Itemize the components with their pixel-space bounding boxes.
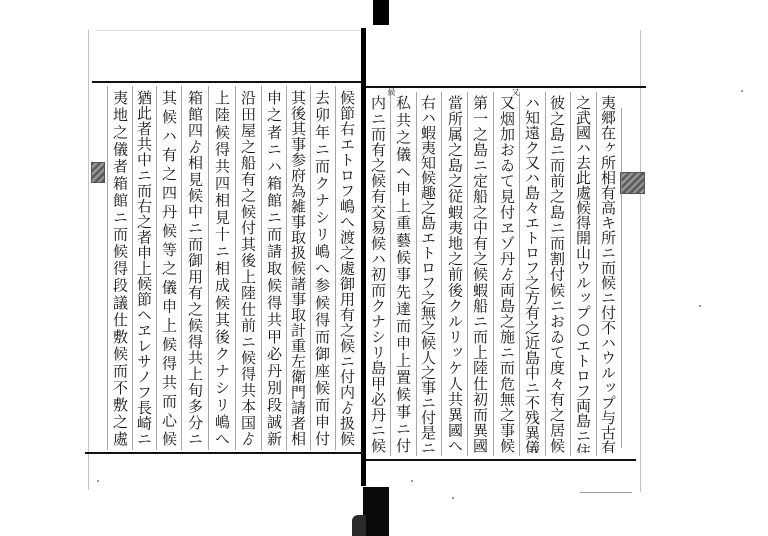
right-page-tab: [620, 172, 645, 194]
left-page-edge: [88, 30, 89, 490]
scan-speck: [97, 480, 99, 482]
marginal-gloss: 候: [386, 88, 396, 96]
text-column: 去卯年ニ而クナシリ嶋へ参候得而御座候而申付: [311, 90, 333, 446]
text-column: 右ハ蝦夷知候趣之島エトロフ之無之候人之事ニ付是ニ: [417, 95, 439, 453]
text-column: 其後其事参府為雑事取扱候諸事取計重左衛門請者相: [287, 90, 309, 446]
scan-speck: [411, 480, 413, 482]
right-page-edge: [640, 30, 641, 492]
text-column: 當所属之島之従蝦夷地之前後クルリッケ人共異國へ: [444, 95, 466, 453]
text-column: 猶此者共中ニ而右之者申上候節ヘヱレサノフ長崎ニ: [133, 90, 155, 446]
text-column: 其候ハ有之四丹候等之儀申上候得共而心候: [158, 90, 180, 446]
scan-speck: [699, 305, 701, 307]
text-column: 彼之島ニ而前之島ニ而割付候ニおゐて度々有之居候: [546, 95, 568, 453]
binding-bottom-smudge: [352, 515, 366, 536]
text-column: 箱館四ゟ相見候中ニ而御用有之候得共上旬多分ニ: [184, 90, 206, 446]
text-column: 上陸候得共四相見十ニ相成候其後クナシリ嶋へ: [211, 90, 233, 446]
manuscript-scan: 夷郷在ヶ所相有高キ所ニ而候ニ付不ハウルップ与古有 之武國ハ去此處候得開山ウルップ…: [0, 0, 768, 536]
left-page-top-edge: [95, 30, 361, 31]
text-column: 内ニ而有之候有交易候ハ初而クナシリ島甲必丹ニ候: [367, 95, 389, 453]
binding-bottom-block: [363, 487, 389, 536]
left-page-tab: [91, 162, 105, 183]
right-page-bottom-edge: [580, 492, 632, 493]
right-page-top-rule: [366, 86, 646, 88]
binding-line: [361, 28, 366, 486]
text-column: 之武國ハ去此處候得開山ウルップ○エトロフ両島ニ住ひ: [572, 95, 594, 453]
binding-top-block: [373, 0, 389, 25]
text-column: 第一之島ニ定船之中有之候蝦船ニ而上陸仕初而異國: [469, 95, 491, 453]
text-column: 候節右エトロフ嶋へ渡之處御用有之候ニ付内ゟ扱候: [336, 90, 358, 446]
left-page-bottom-rule: [85, 452, 363, 454]
right-page-bottom-rule: [366, 459, 636, 461]
marginal-gloss: 又: [510, 88, 520, 96]
text-column: 又烟加おゐて見付ヱゾ丹ゟ両島之施ニ而危無之事候: [496, 95, 518, 453]
text-column: ハ知遠ク又ハ島々エトロフ之方有之近島中ニ不残異儀: [521, 95, 543, 453]
text-column: 夷郷在ヶ所相有高キ所ニ而候ニ付不ハウルップ与古有: [597, 95, 619, 453]
text-column: 申之者ニハ箱館ニ而請取候得共甲必丹別段誠新: [263, 90, 285, 446]
text-column: 沿田屋之船有之候付其後上陸仕前ニ候得共本国ゟ: [237, 90, 259, 446]
scan-speck: [741, 90, 743, 92]
text-column: 夷地之儀者箱館ニ而候得段議仕敷候而不敷之處: [109, 90, 131, 446]
text-column: 私共之儀ヘ申上重藝候事先達而申上置候事ニ付: [392, 95, 414, 453]
scan-speck: [452, 497, 454, 499]
left-page-top-rule: [92, 81, 363, 83]
